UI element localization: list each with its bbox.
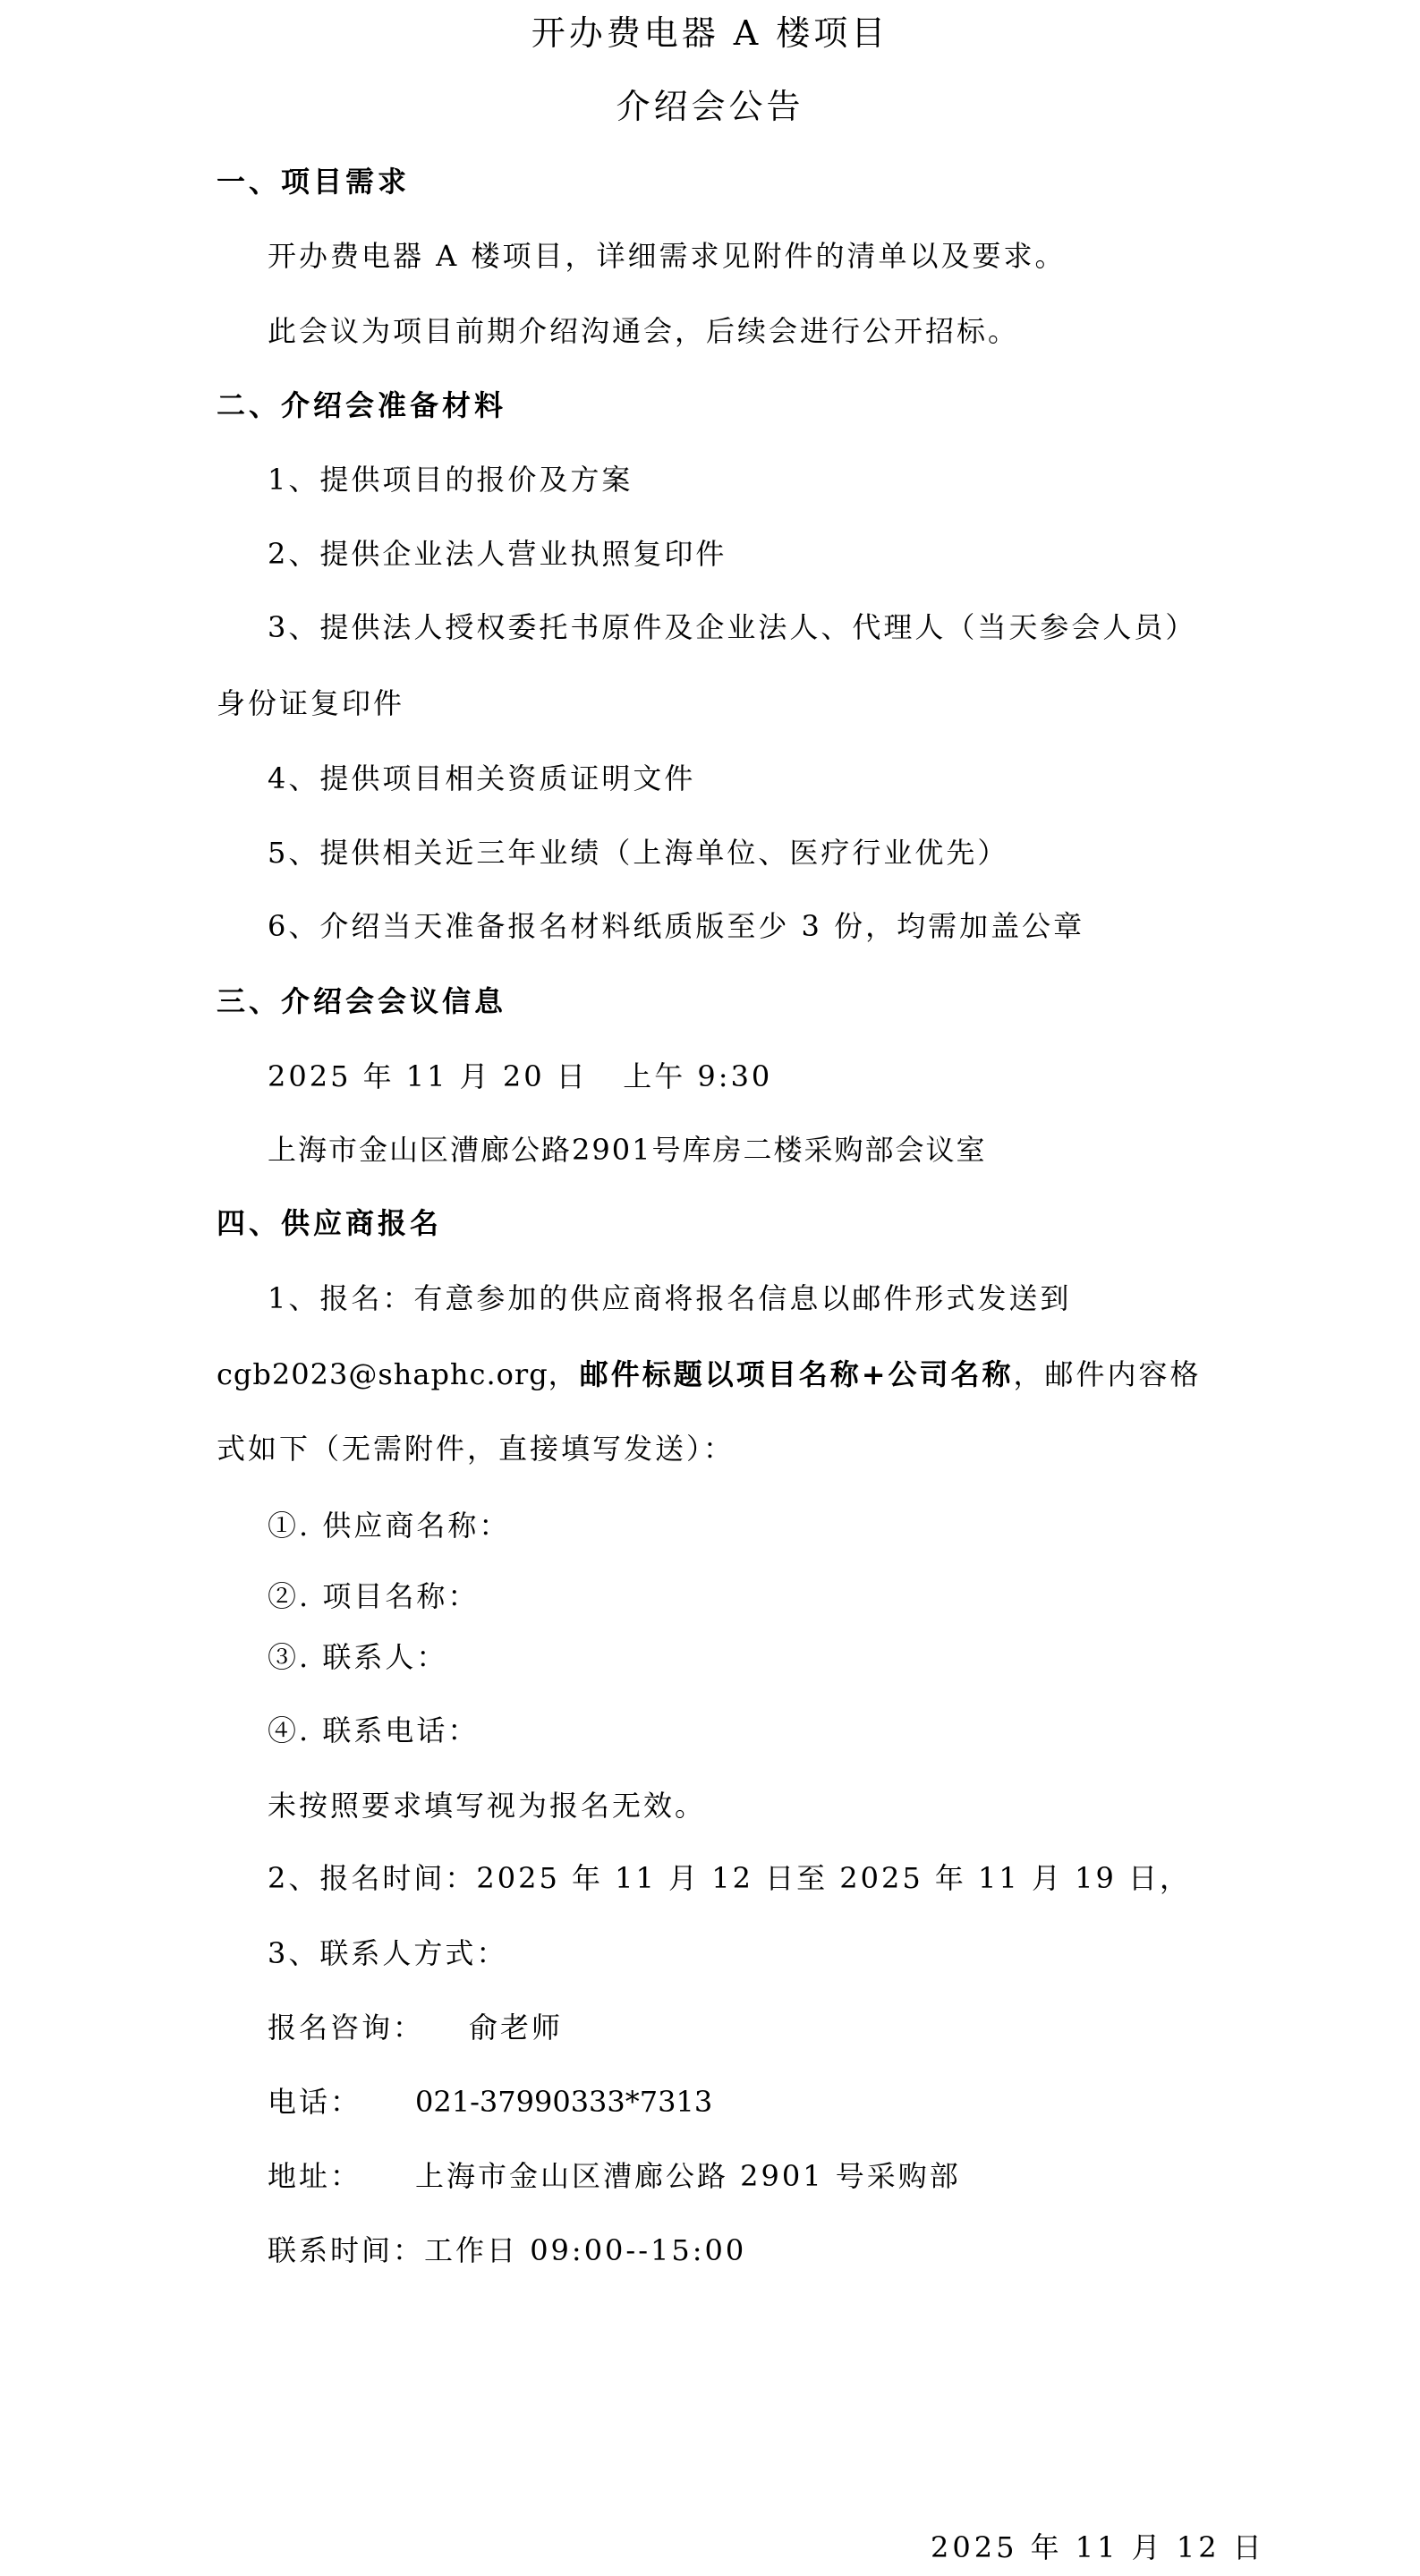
section-heading-registration: 四、供应商报名 bbox=[217, 1205, 442, 1241]
requirements-paragraph: 开办费电器 A 楼项目，详细需求见附件的清单以及要求。 bbox=[268, 238, 1066, 274]
section-heading-requirements: 一、项目需求 bbox=[217, 164, 410, 200]
materials-item-continuation: 身份证复印件 bbox=[217, 685, 404, 721]
comma: ， bbox=[548, 1357, 580, 1391]
invalid-note: 未按照要求填写视为报名无效。 bbox=[268, 1788, 706, 1824]
email-body-instruction: ，邮件内容格 bbox=[1014, 1357, 1202, 1391]
signature-date: 2025 年 11 月 12 日 bbox=[931, 2529, 1265, 2565]
materials-item: 3、提供法人授权委托书原件及企业法人、代理人（当天参会人员） bbox=[268, 609, 1196, 645]
phone-label: 电话： bbox=[268, 2084, 415, 2120]
address-label: 地址： bbox=[268, 2158, 415, 2194]
signup-intro: 1、报名：有意参加的供应商将报名信息以邮件形式发送到 bbox=[268, 1280, 1071, 1316]
contact-hours-row: 联系时间：工作日 09:00--15:00 bbox=[268, 2232, 746, 2268]
hours-value: 工作日 09:00--15:00 bbox=[424, 2233, 746, 2267]
form-field-contact-phone: ④. 联系电话： bbox=[268, 1713, 479, 1748]
meeting-purpose-paragraph: 此会议为项目前期介绍沟通会，后续会进行公开招标。 bbox=[268, 313, 1019, 349]
contact-heading: 3、联系人方式： bbox=[268, 1935, 507, 1971]
contact-address-row: 地址：上海市金山区漕廊公路 2901 号采购部 bbox=[268, 2158, 961, 2194]
contact-phone-row: 电话：021-37990333*7313 bbox=[268, 2084, 712, 2120]
address-value: 上海市金山区漕廊公路 2901 号采购部 bbox=[415, 2159, 961, 2193]
materials-item: 2、提供企业法人营业执照复印件 bbox=[268, 536, 727, 572]
meeting-datetime: 2025 年 11 月 20 日 上午 9:30 bbox=[268, 1058, 772, 1094]
materials-item: 6、介绍当天准备报名材料纸质版至少 3 份，均需加盖公章 bbox=[268, 908, 1084, 944]
hours-label: 联系时间： bbox=[268, 2233, 424, 2267]
materials-item: 4、提供项目相关资质证明文件 bbox=[268, 761, 695, 796]
form-field-contact-person: ③. 联系人： bbox=[268, 1639, 447, 1675]
signup-period: 2、报名时间：2025 年 11 月 12 日至 2025 年 11 月 19 … bbox=[268, 1860, 1191, 1896]
consult-label: 报名咨询： bbox=[268, 2010, 469, 2045]
form-field-project-name: ②. 项目名称： bbox=[268, 1578, 479, 1614]
document-title: 开办费电器 A 楼项目 bbox=[0, 13, 1420, 54]
format-line: 式如下（无需附件，直接填写发送）： bbox=[217, 1431, 735, 1467]
signup-email-link[interactable]: cgb2023@shaphc.org bbox=[217, 1357, 548, 1391]
document-page: 开办费电器 A 楼项目 介绍会公告 一、项目需求 开办费电器 A 楼项目，详细需… bbox=[0, 0, 1420, 2576]
consult-value: 俞老师 bbox=[469, 2011, 563, 2045]
email-subject-instruction: 邮件标题以项目名称+公司名称 bbox=[580, 1357, 1014, 1391]
meeting-location: 上海市金山区漕廊公路2901号库房二楼采购部会议室 bbox=[268, 1132, 986, 1168]
materials-item: 1、提供项目的报价及方案 bbox=[268, 462, 633, 497]
materials-item: 5、提供相关近三年业绩（上海单位、医疗行业优先） bbox=[268, 835, 1008, 871]
document-subtitle: 介绍会公告 bbox=[0, 86, 1420, 127]
section-heading-materials: 二、介绍会准备材料 bbox=[217, 387, 506, 423]
form-field-supplier-name: ①. 供应商名称： bbox=[268, 1508, 510, 1543]
signup-email-line: cgb2023@shaphc.org，邮件标题以项目名称+公司名称，邮件内容格 bbox=[217, 1356, 1202, 1392]
phone-value: 021-37990333*7313 bbox=[415, 2085, 712, 2119]
contact-consult-row: 报名咨询：俞老师 bbox=[268, 2010, 563, 2045]
section-heading-meeting-info: 三、介绍会会议信息 bbox=[217, 983, 506, 1019]
